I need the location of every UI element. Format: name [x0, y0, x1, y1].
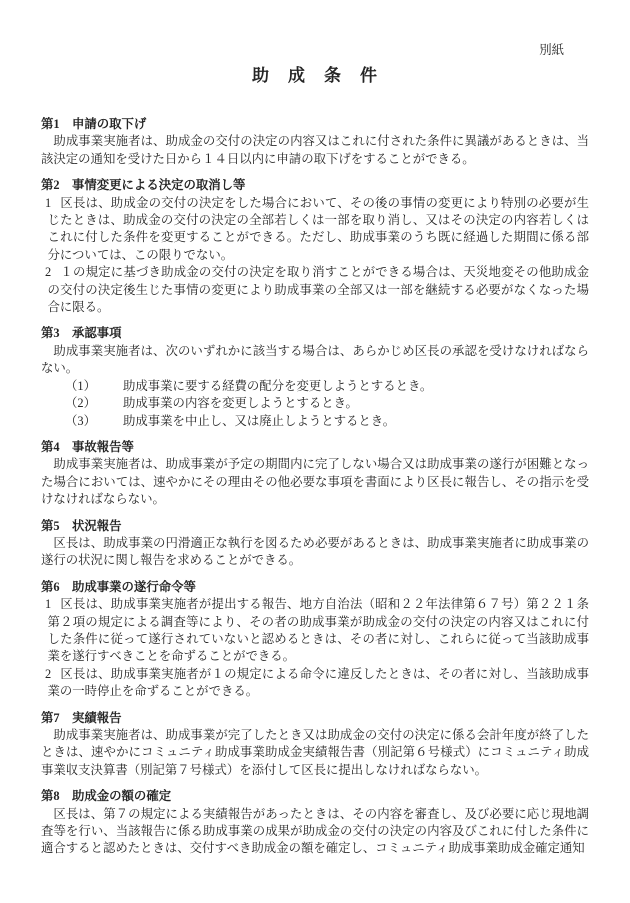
section-paragraph: 助成事業実施者は、助成金の交付の決定の内容又はこれに付された条件に異議があるとき… [41, 133, 589, 168]
clause-text: 区長は、助成事業実施者が提出する報告、地方自治法（昭和２２年法律第６７号）第２２… [48, 597, 590, 663]
paren-item: （3）助成事業を中止し、又は廃止しようとするとき。 [41, 413, 589, 430]
document-body: 第1 申請の取下げ 助成事業実施者は、助成金の交付の決定の内容又はこれに付された… [0, 88, 630, 858]
numbered-clause: 2区長は、助成事業実施者が１の規定による命令に違反したときは、その者に対し、当該… [41, 666, 589, 701]
section-2: 第2 事情変更による決定の取消し等 1区長は、助成金の交付の決定をした場合におい… [41, 177, 589, 316]
section-3: 第3 承認事項 助成事業実施者は、次のいずれかに該当する場合は、あらかじめ区長の… [41, 325, 589, 429]
section-paragraph: 助成事業実施者は、助成事業が予定の期間内に完了しない場合又は助成事業の遂行が困難… [41, 456, 589, 508]
section-paragraph: 区長は、助成事業の円滑適正な執行を図るため必要があるときは、助成事業実施者に助成… [41, 535, 589, 570]
section-5: 第5 状況報告 区長は、助成事業の円滑適正な執行を図るため必要があるときは、助成… [41, 518, 589, 570]
section-heading: 第4 事故報告等 [41, 439, 589, 456]
numbered-clause: 2１の規定に基づき助成金の交付の決定を取り消すことができる場合は、天災地変その他… [41, 264, 589, 316]
paren-item-text: 助成事業を中止し、又は廃止しようとするとき。 [123, 414, 395, 428]
paren-item: （1）助成事業に要する経費の配分を変更しようとするとき。 [41, 378, 589, 395]
paren-item-text: 助成事業の内容を変更しようとするとき。 [123, 396, 358, 410]
clause-text: 区長は、助成事業実施者が１の規定による命令に違反したときは、その者に対し、当該助… [48, 667, 590, 698]
numbered-clause: 1区長は、助成金の交付の決定をした場合において、その後の事情の変更により特別の必… [41, 195, 589, 265]
section-heading: 第6 助成事業の遂行命令等 [41, 579, 589, 596]
section-paragraph: 助成事業実施者は、助成事業が完了したとき又は助成金の交付の決定に係る会計年度が終… [41, 727, 589, 779]
numbered-clause: 1区長は、助成事業実施者が提出する報告、地方自治法（昭和２２年法律第６７号）第２… [41, 596, 589, 666]
section-heading: 第1 申請の取下げ [41, 116, 589, 133]
clause-text: 区長は、助成金の交付の決定をした場合において、その後の事情の変更により特別の必要… [48, 196, 590, 262]
section-4: 第4 事故報告等 助成事業実施者は、助成事業が予定の期間内に完了しない場合又は助… [41, 439, 589, 509]
clause-number: 2 [45, 265, 51, 279]
section-6: 第6 助成事業の遂行命令等 1区長は、助成事業実施者が提出する報告、地方自治法（… [41, 579, 589, 701]
section-paragraph: 区長は、第７の規定による実績報告があったときは、その内容を審査し、及び必要に応じ… [41, 806, 589, 858]
paren-item-number: （1） [65, 378, 123, 395]
clause-number: 1 [45, 597, 51, 611]
clause-number: 1 [45, 196, 51, 210]
paren-item-text: 助成事業に要する経費の配分を変更しようとするとき。 [123, 379, 432, 393]
section-heading: 第3 承認事項 [41, 325, 589, 342]
section-paragraph: 助成事業実施者は、次のいずれかに該当する場合は、あらかじめ区長の承認を受けなけれ… [41, 343, 589, 378]
document-page: 別紙 助 成 条 件 第1 申請の取下げ 助成事業実施者は、助成金の交付の決定の… [0, 0, 630, 903]
paren-item-number: （3） [65, 413, 123, 430]
section-7: 第7 実績報告 助成事業実施者は、助成事業が完了したとき又は助成金の交付の決定に… [41, 710, 589, 780]
section-heading: 第8 助成金の額の確定 [41, 788, 589, 805]
section-heading: 第5 状況報告 [41, 518, 589, 535]
paren-item-number: （2） [65, 395, 123, 412]
clause-number: 2 [45, 667, 51, 681]
section-heading: 第2 事情変更による決定の取消し等 [41, 177, 589, 194]
section-heading: 第7 実績報告 [41, 710, 589, 727]
document-title: 助 成 条 件 [0, 0, 630, 88]
clause-text: １の規定に基づき助成金の交付の決定を取り消すことができる場合は、天災地変その他助… [48, 265, 590, 314]
section-1: 第1 申請の取下げ 助成事業実施者は、助成金の交付の決定の内容又はこれに付された… [41, 116, 589, 168]
section-8: 第8 助成金の額の確定 区長は、第７の規定による実績報告があったときは、その内容… [41, 788, 589, 858]
paren-item: （2）助成事業の内容を変更しようとするとき。 [41, 395, 589, 412]
attachment-label: 別紙 [539, 43, 564, 58]
